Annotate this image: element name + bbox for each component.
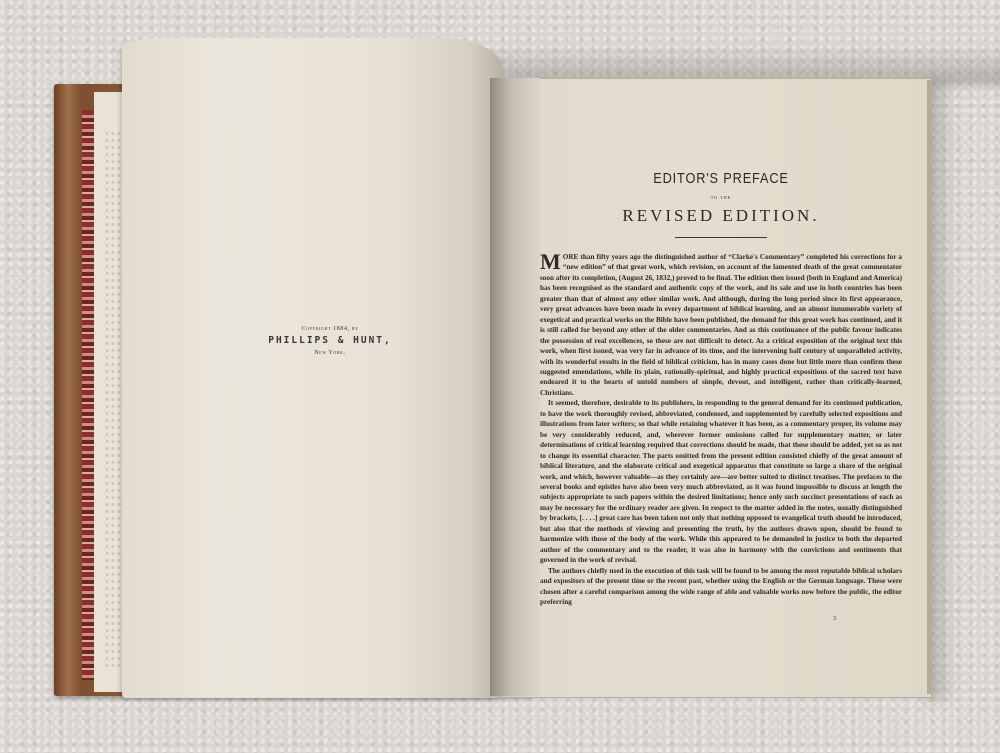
page-number: 3 (833, 616, 836, 622)
preface-subtitle: REVISED EDITION. (540, 206, 902, 226)
left-page (122, 38, 502, 698)
paragraph: The authors chiefly used in the executio… (540, 566, 902, 608)
drop-cap: M (540, 253, 561, 271)
preface-title: EDITOR'S PREFACE (567, 170, 875, 187)
paragraph: It seemed, therefore, desirable to its p… (540, 398, 902, 565)
publisher-name: PHILLIPS & HUNT, (230, 335, 430, 346)
gutter-shadow (490, 78, 540, 696)
title-rule (675, 237, 767, 238)
preface-subtitle-connector: to the (540, 195, 902, 201)
copyright-line: Copyright 1884, by (230, 326, 430, 332)
preface-content: EDITOR'S PREFACE to the REVISED EDITION.… (540, 170, 902, 607)
publisher-place: New York. (230, 350, 430, 356)
page-edge (927, 80, 931, 694)
paragraph-text: ORE than fifty years ago the distinguish… (540, 253, 902, 397)
marbled-endpaper-strip (82, 110, 94, 680)
cover-edge (54, 84, 82, 696)
paragraph: MORE than fifty years ago the distinguis… (540, 252, 902, 398)
copyright-imprint: Copyright 1884, by PHILLIPS & HUNT, New … (230, 326, 430, 356)
preface-body: MORE than fifty years ago the distinguis… (540, 252, 902, 607)
